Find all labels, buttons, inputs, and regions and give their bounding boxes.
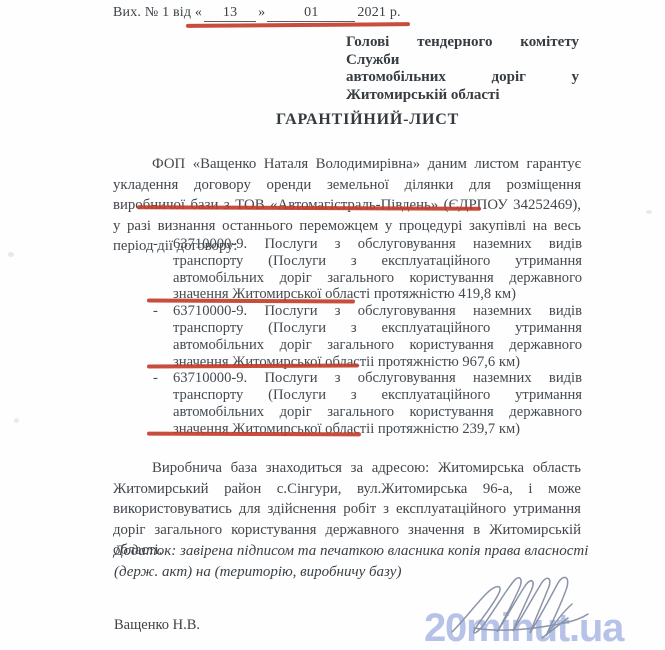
recipient-line-1: Голові тендерного комітету Служби (346, 34, 579, 69)
recipient-line-3: Житомирській області (346, 87, 579, 105)
dash-marker: - (153, 370, 158, 387)
red-underline-date (186, 22, 410, 28)
ref-month-value: 01 (267, 5, 355, 22)
list-item-text: 63710000-9. Послуги з обслуговування наз… (173, 303, 582, 369)
scanned-letter-page: Вих. № 1 від «13»012021 р. Голові тендер… (0, 0, 665, 650)
list-item: - 63710000-9. Послуги з обслуговування н… (150, 303, 582, 370)
ref-year: 2021 р. (357, 5, 400, 20)
scan-speck (8, 252, 14, 257)
signer-name: Ващенко Н.В. (114, 617, 200, 634)
recipient-line-2: автомобільних доріг у (346, 69, 579, 87)
list-item-text: 63710000-9. Послуги з обслуговування наз… (173, 236, 582, 302)
document-title: ГАРАНТІЙНИЙ-ЛИСТ (135, 111, 600, 129)
scan-speck (14, 418, 19, 423)
red-underline-bullet-3 (147, 432, 361, 436)
list-item: - 63710000-9. Послуги з обслуговування н… (150, 370, 582, 437)
dash-marker: - (153, 303, 158, 320)
attachment-line-1: Додаток: завірена підписом та печаткою в… (114, 541, 602, 562)
ref-close-quote: » (258, 5, 265, 20)
dash-marker: - (153, 236, 158, 253)
list-item-text: 63710000-9. Послуги з обслуговування наз… (173, 370, 582, 436)
signature-scribble (446, 568, 606, 648)
ref-number-line: Вих. № 1 від «13»012021 р. (113, 5, 401, 22)
recipient-block: Голові тендерного комітету Служби автомо… (346, 34, 579, 104)
scan-speck (646, 210, 652, 214)
list-item: - 63710000-9. Послуги з обслуговування н… (150, 236, 582, 303)
ref-prefix: Вих. № 1 від « (113, 5, 202, 20)
ref-day-value: 13 (204, 5, 256, 22)
services-list: - 63710000-9. Послуги з обслуговування н… (150, 236, 582, 438)
